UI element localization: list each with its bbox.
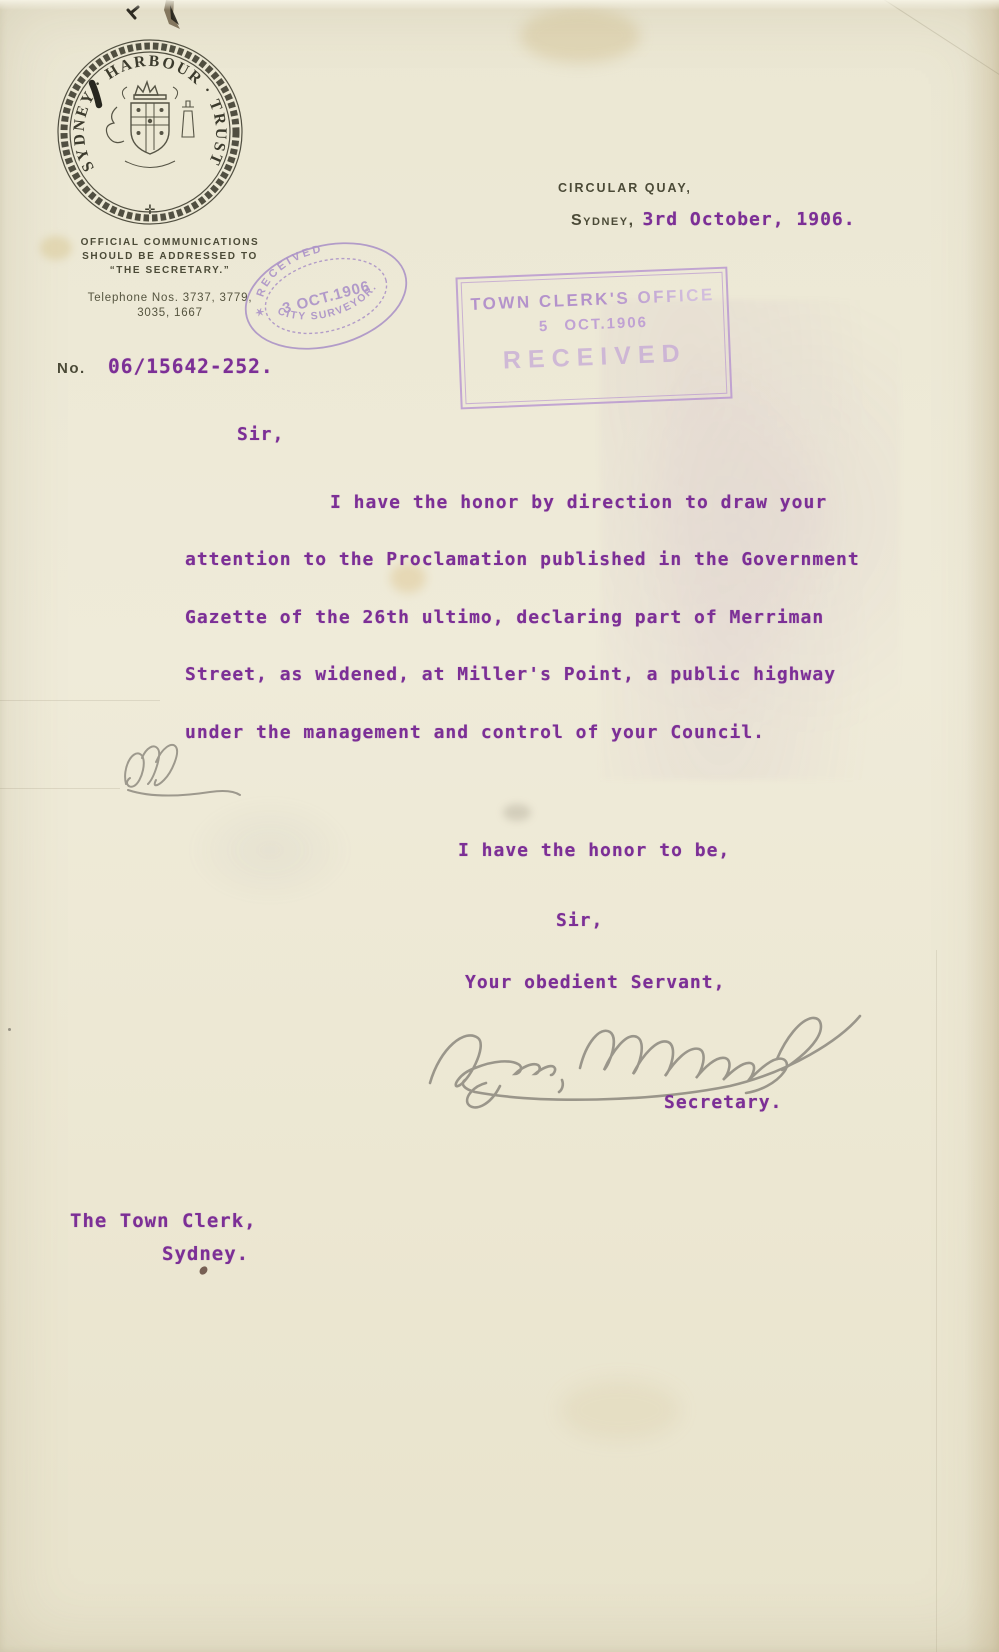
fold-crease	[0, 788, 120, 789]
body-line: under the management and control of your…	[185, 722, 765, 743]
recipient-line: The Town Clerk,	[70, 1210, 257, 1232]
paper-stain	[520, 8, 640, 63]
closing-line: Sir,	[556, 910, 603, 931]
stamp-office-line: TOWN CLERK'S OFFICE	[470, 285, 715, 315]
recipient-line: Sydney.	[162, 1243, 249, 1265]
salutation: Sir,	[237, 424, 284, 445]
date-line: Sydney, 3rd October, 1906.	[571, 209, 856, 230]
letter-date: 3rd October, 1906.	[643, 209, 856, 230]
ink-dot	[8, 1028, 11, 1031]
body-line: Gazette of the 26th ultimo, declaring pa…	[185, 607, 824, 628]
body-line: Street, as widened, at Miller's Point, a…	[185, 664, 836, 685]
city-label: Sydney,	[571, 212, 635, 230]
corner-crease	[865, 0, 999, 124]
ink-dot	[198, 1265, 209, 1276]
paper-stain	[560, 1380, 680, 1440]
seal-ring-text: SYDNEY · HARBOUR · TRUST	[71, 53, 229, 174]
reference-number: 06/15642-252.	[108, 355, 274, 378]
svg-text:SYDNEY · HARBOUR · TRUST: SYDNEY · HARBOUR · TRUST	[71, 53, 229, 174]
stamp-received-line: RECEIVED	[502, 339, 687, 375]
body-line: attention to the Proclamation published …	[185, 549, 860, 570]
letterhead-line: OFFICIAL COMMUNICATIONS	[60, 236, 280, 250]
address-line: CIRCULAR QUAY,	[558, 181, 692, 195]
letter-page: SYDNEY · HARBOUR · TRUST ✛ OFFICIAL COMM…	[0, 0, 999, 1652]
ink-bleed-ghost	[180, 790, 360, 910]
signature-title: Secretary.	[664, 1092, 782, 1113]
edge-crease	[936, 950, 937, 1652]
paper-stain	[503, 804, 531, 821]
seal-coat-of-arms	[106, 82, 194, 168]
fold-crease	[0, 700, 160, 701]
reference-label: No.	[57, 360, 86, 377]
body-line: I have the honor by direction to draw yo…	[330, 492, 827, 513]
sydney-harbour-trust-seal: SYDNEY · HARBOUR · TRUST ✛	[55, 33, 245, 228]
ink-smudge-top	[118, 0, 208, 34]
seal-stars	[137, 108, 164, 135]
closing-line: I have the honor to be,	[458, 840, 730, 861]
town-clerk-received-stamp: TOWN CLERK'S OFFICE 5 OCT.1906 RECEIVED	[455, 267, 732, 410]
stamp-inner-border: TOWN CLERK'S OFFICE 5 OCT.1906 RECEIVED	[461, 272, 728, 404]
pencil-initials	[112, 738, 272, 808]
seal-cross-mark: ✛	[145, 202, 156, 217]
stamp-date-line: 5 OCT.1906	[539, 314, 649, 335]
